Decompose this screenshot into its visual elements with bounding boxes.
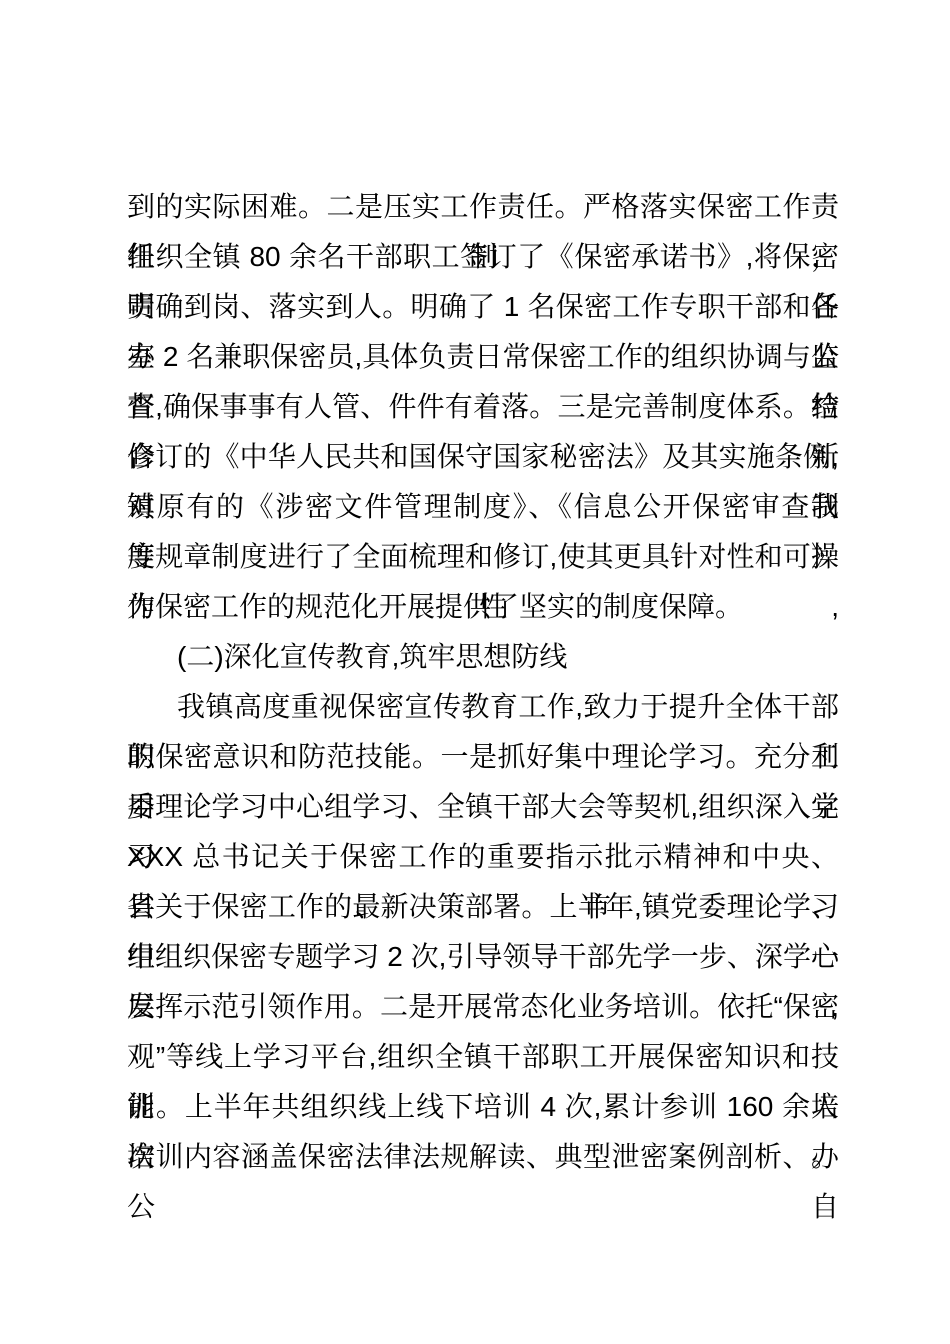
text-line: 到的实际困难。二是压实工作责任。严格落实保密工作责任制，: [127, 182, 839, 232]
text-line: 为保密工作的规范化开展提供了坚实的制度保障。: [127, 582, 839, 632]
text-line: 组组织保密专题学习 2 次,引导领导干部先学一步、深学一层,: [127, 932, 839, 982]
text-line: 室 2 名兼职保密员,具体负责日常保密工作的组织协调与监督检: [127, 332, 839, 382]
text-line: (二)深化宣传教育,筑牢思想防线: [127, 632, 839, 682]
text-line: 发挥示范引领作用。二是开展常态化业务培训。依托“保密: [127, 982, 839, 1032]
text-line: 明确到岗、落实到人。明确了 1 名保密工作专职干部和各办公: [127, 282, 839, 332]
text-line: 修订的《中华人民共和国保守国家秘密法》及其实施条例,对我: [127, 432, 839, 482]
text-line: 查,确保事事有人管、件件有着落。三是完善制度体系。结合新: [127, 382, 839, 432]
text-line: XXX 总书记关于保密工作的重要指示批示精神和中央、省、市、: [127, 832, 839, 882]
text-line: 的保密意识和防范技能。一是抓好集中理论学习。充分利用党: [127, 732, 839, 782]
text-line: 培训内容涵盖保密法律法规解读、典型泄密案例剖析、办公自: [127, 1132, 839, 1182]
text-line: 观”等线上学习平台,组织全镇干部职工开展保密知识和技能培: [127, 1032, 839, 1082]
text-line: 训。上半年共组织线上线下培训 4 次,累计参训 160 余人次。: [127, 1082, 839, 1132]
text-line: 委理论学习中心组学习、全镇干部大会等契机,组织深入学习: [127, 782, 839, 832]
text-line: 县关于保密工作的最新决策部署。上半年,镇党委理论学习中心: [127, 882, 839, 932]
text-line: 我镇高度重视保密宣传教育工作,致力于提升全体干部职工: [127, 682, 839, 732]
document-page: 到的实际困难。二是压实工作责任。严格落实保密工作责任制，组织全镇 80 余名干部…: [0, 0, 950, 1344]
text-line: 组织全镇 80 余名干部职工签订了《保密承诺书》,将保密责任: [127, 232, 839, 282]
document-body: 到的实际困难。二是压实工作责任。严格落实保密工作责任制，组织全镇 80 余名干部…: [127, 182, 839, 1182]
text-line: 镇原有的《涉密文件管理制度》、《信息公开保密审查制度》: [127, 482, 839, 532]
text-line: 等规章制度进行了全面梳理和修订,使其更具针对性和可操作性,: [127, 532, 839, 582]
